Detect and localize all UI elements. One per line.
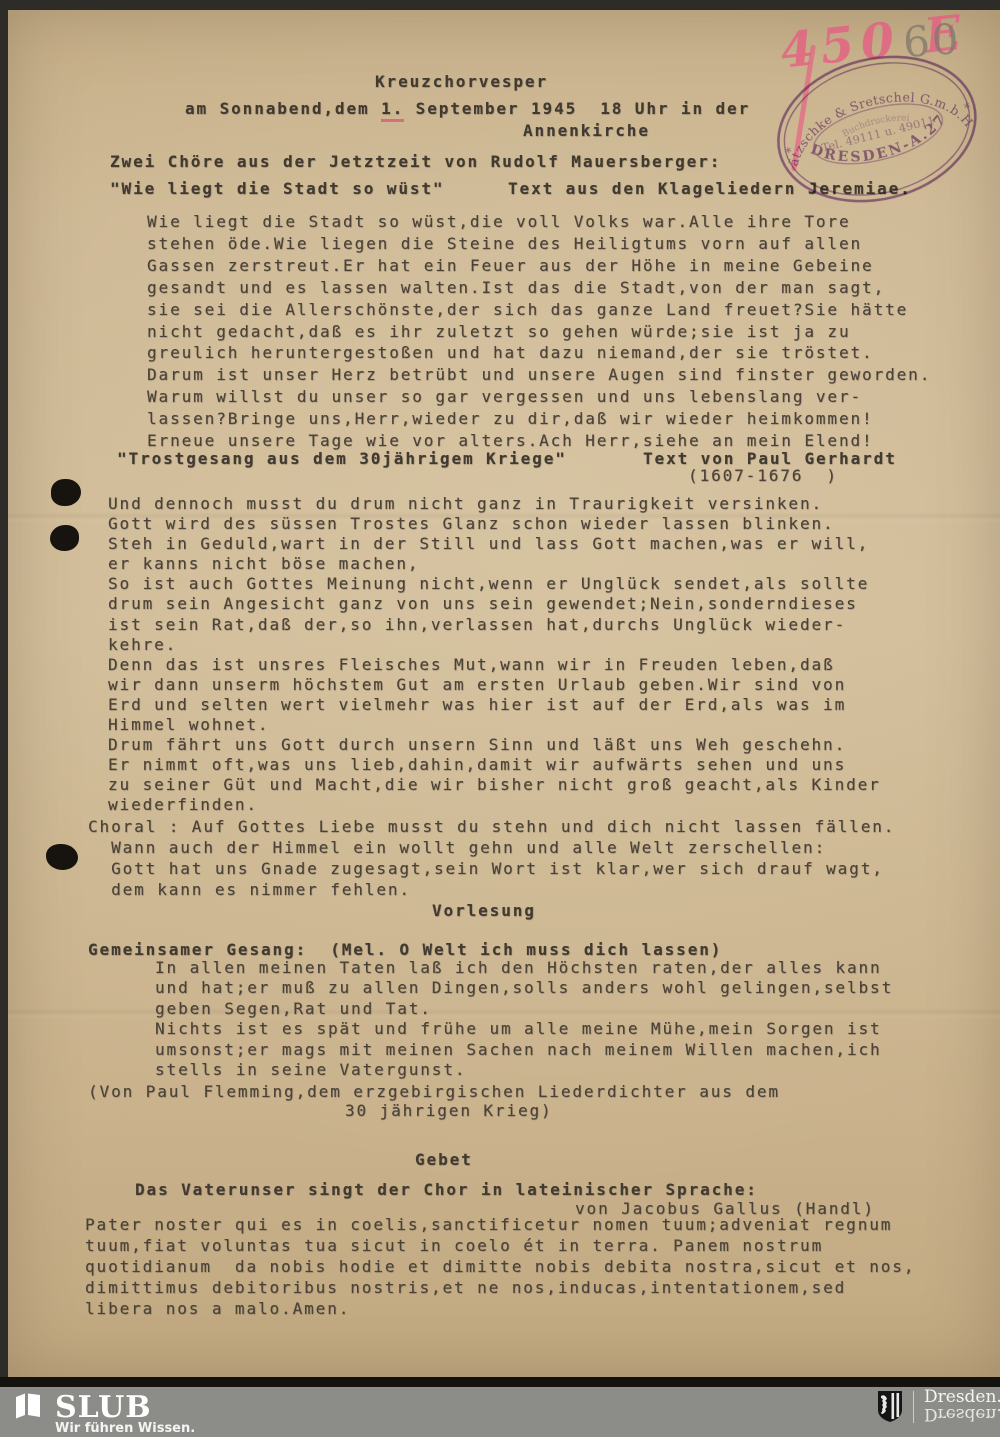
piece1-text: Wie liegt die Stadt so wüst,die voll Vol… <box>147 211 931 452</box>
date-line: am Sonnabend,dem 1. September 1945 18 Uh… <box>185 99 750 118</box>
dresden-wordmark-reflection: Dresden. <box>924 1406 1000 1422</box>
slub-wordmark: SLUB <box>55 1390 152 1425</box>
piece1-title: "Wie liegt die Stadt so wüst" <box>110 179 444 198</box>
slub-book-icon <box>15 1392 41 1424</box>
song-credit-line1: (Von Paul Flemming,dem erzgebirgischen L… <box>88 1082 780 1101</box>
song-credit-line2: 30 jährigen Krieg) <box>345 1101 553 1120</box>
date-day-underlined: 1. <box>381 99 404 122</box>
scanned-document-page: 450 E 60 Kreuzchorvesper am Sonnabend,de… <box>0 0 1000 1437</box>
punch-hole <box>50 525 79 551</box>
lords-prayer-latin: Pater noster qui es in coelis,sanctifice… <box>85 1214 915 1319</box>
section-heading-vorlesung: Vorlesung <box>432 901 536 920</box>
footer-divider <box>913 1391 914 1423</box>
location-line: Annenkirche <box>523 121 650 140</box>
piece2-text: Und dennoch musst du drum nicht ganz in … <box>108 494 881 816</box>
punch-hole <box>46 844 78 870</box>
date-post: September 1945 18 Uhr in der <box>404 99 750 118</box>
choral-text: Choral : Auf Gottes Liebe musst du stehn… <box>88 816 895 900</box>
section-heading-gebet: Gebet <box>415 1150 473 1169</box>
scan-bottom-edge <box>0 1377 1000 1387</box>
date-pre: am Sonnabend,dem <box>185 99 381 118</box>
slub-tagline: Wir führen Wissen. <box>55 1421 195 1436</box>
dresden-coat-of-arms-icon <box>877 1390 903 1427</box>
piece2-dates: (1607-1676 ) <box>688 466 838 485</box>
congregational-song-label: Gemeinsamer Gesang: (Mel. O Welt ich mus… <box>88 940 722 959</box>
piece2-title: "Trostgesang aus dem 30jährigem Kriege" <box>117 449 567 468</box>
document-title: Kreuzchorvesper <box>375 72 548 91</box>
program-intro: Zwei Chöre aus der Jetztzeit von Rudolf … <box>110 152 721 171</box>
dresden-wordmark: Dresden. Dresden. <box>924 1389 1000 1422</box>
gebet-intro: Das Vaterunser singt der Chor in lateini… <box>135 1180 758 1199</box>
congregational-song-text: In allen meinen Taten laß ich den Höchst… <box>155 958 893 1080</box>
